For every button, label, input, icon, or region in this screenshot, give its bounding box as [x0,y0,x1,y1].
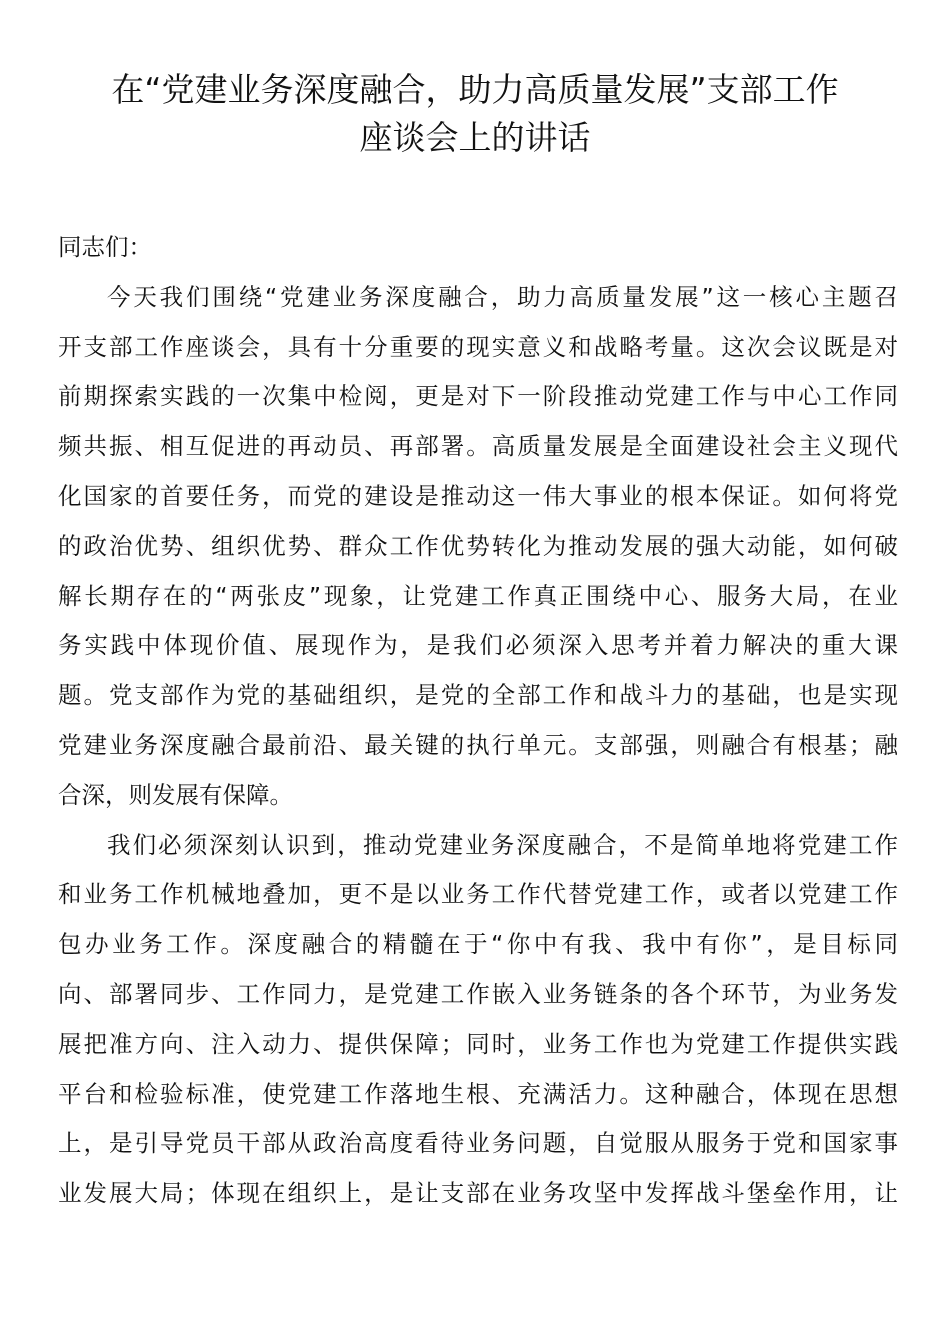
title-line-1: 在“党建业务深度融合，助力高质量发展”支部工作 [40,66,910,114]
paragraph-line: 开支部工作座谈会，具有十分重要的现实意义和战略考量。这次会议既是对 [58,323,898,373]
paragraph-line: 合深，则发展有保障。 [58,771,898,821]
paragraph-line: 频共振、相互促进的再动员、再部署。高质量发展是全面建设社会主义现代 [58,422,898,472]
document-page: 在“党建业务深度融合，助力高质量发展”支部工作 座谈会上的讲话 同志们： 今天我… [0,0,950,1344]
paragraph-line: 今天我们围绕“党建业务深度融合，助力高质量发展”这一核心主题召 [58,273,898,323]
paragraph-line: 包办业务工作。深度融合的精髓在于“你中有我、我中有你”，是目标同 [58,920,898,970]
paragraph-line: 务实践中体现价值、展现作为，是我们必须深入思考并着力解决的重大课 [58,621,898,671]
paragraph-line: 向、部署同步、工作同力，是党建工作嵌入业务链条的各个环节，为业务发 [58,970,898,1020]
paragraph-line: 平台和检验标准，使党建工作落地生根、充满活力。这种融合，体现在思想 [58,1070,898,1120]
paragraph-line: 的政治优势、组织优势、群众工作优势转化为推动发展的强大动能，如何破 [58,522,898,572]
document-title: 在“党建业务深度融合，助力高质量发展”支部工作 座谈会上的讲话 [40,66,910,162]
paragraph-line: 上，是引导党员干部从政治高度看待业务问题，自觉服从服务于党和国家事 [58,1119,898,1169]
document-body: 同志们： 今天我们围绕“党建业务深度融合，助力高质量发展”这一核心主题召 开支部… [58,223,898,1219]
paragraph-line: 展把准方向、注入动力、提供保障；同时，业务工作也为党建工作提供实践 [58,1020,898,1070]
paragraph-line: 我们必须深刻认识到，推动党建业务深度融合，不是简单地将党建工作 [58,821,898,871]
paragraph-line: 党建业务深度融合最前沿、最关键的执行单元。支部强，则融合有根基；融 [58,721,898,771]
salutation: 同志们： [58,223,898,273]
paragraph-line: 和业务工作机械地叠加，更不是以业务工作代替党建工作，或者以党建工作 [58,870,898,920]
paragraph-line: 化国家的首要任务，而党的建设是推动这一伟大事业的根本保证。如何将党 [58,472,898,522]
paragraph-line: 业发展大局；体现在组织上，是让支部在业务攻坚中发挥战斗堡垒作用，让 [58,1169,898,1219]
paragraph-1: 今天我们围绕“党建业务深度融合，助力高质量发展”这一核心主题召 开支部工作座谈会… [58,273,898,821]
paragraph-2: 我们必须深刻认识到，推动党建业务深度融合，不是简单地将党建工作 和业务工作机械地… [58,821,898,1219]
paragraph-line: 前期探索实践的一次集中检阅，更是对下一阶段推动党建工作与中心工作同 [58,372,898,422]
paragraph-line: 解长期存在的“两张皮”现象，让党建工作真正围绕中心、服务大局，在业 [58,572,898,622]
title-line-2: 座谈会上的讲话 [40,114,910,162]
paragraph-line: 题。党支部作为党的基础组织，是党的全部工作和战斗力的基础，也是实现 [58,671,898,721]
